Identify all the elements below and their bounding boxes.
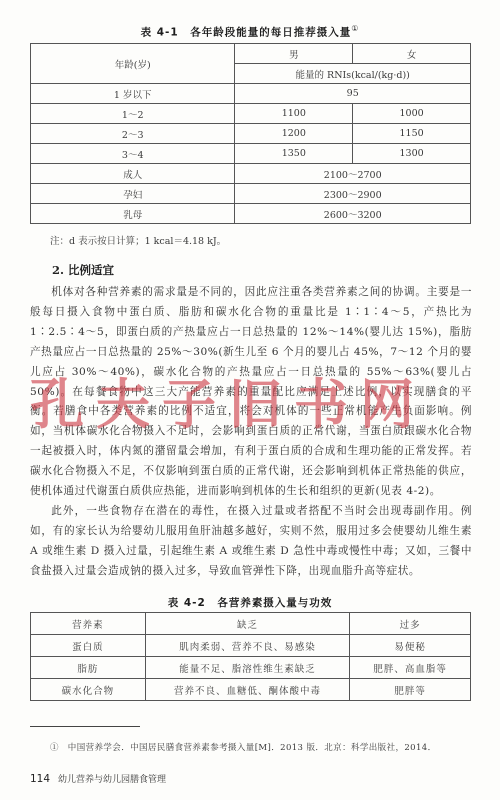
header-nutrient: 营养素 — [31, 613, 146, 635]
table-row: 1～211001000 — [31, 104, 471, 124]
cell-value: 2100～2700 — [235, 164, 471, 184]
footnote-marker[interactable]: ① — [351, 24, 359, 33]
section-heading: 2. 比例适宜 — [52, 262, 114, 278]
table-row: 1 岁以下95 — [31, 84, 471, 104]
cell-value: 2300～2900 — [235, 184, 471, 204]
energy-intake-table: 年龄(岁) 男 女 能量的 RNIs(kcal/(kg·d)) 1 岁以下95 … — [30, 43, 471, 224]
cell-nutrient: 蛋白质 — [31, 635, 146, 657]
cell-value: 95 — [235, 84, 471, 104]
table-row: 蛋白质肌肉柔弱、营养不良、易感染易便秘 — [31, 635, 471, 657]
table-row: 乳母2600～3200 — [31, 204, 471, 224]
cell-value: 2600～3200 — [235, 204, 471, 224]
header-unit: 能量的 RNIs(kcal/(kg·d)) — [235, 64, 471, 84]
cell-nutrient: 碳水化合物 — [31, 679, 146, 701]
watermark: 孔夫子旧书网 — [30, 362, 475, 439]
header-male: 男 — [235, 44, 353, 64]
header-female: 女 — [353, 44, 471, 64]
cell-excess: 易便秘 — [350, 635, 471, 657]
page-footer: 114幼儿营养与幼儿园膳食管理 — [30, 772, 166, 785]
cell-male: 1200 — [235, 124, 353, 144]
cell-excess: 肥胖、高血脂等 — [350, 657, 471, 679]
cell-deficiency: 营养不良、血糖低、酮体酸中毒 — [145, 679, 350, 701]
cell-age: 3～4 — [31, 144, 235, 164]
cell-age: 1 岁以下 — [31, 84, 235, 104]
header-deficiency: 缺乏 — [145, 613, 350, 635]
cell-age: 1～2 — [31, 104, 235, 124]
table-row: 2～312001150 — [31, 124, 471, 144]
table-row: 3～413501300 — [31, 144, 471, 164]
cell-deficiency: 肌肉柔弱、营养不良、易感染 — [145, 635, 350, 657]
paragraph-2: 此外，一些食物存在潜在的毒性，在摄入过量或者搭配不当时会出现毒副作用。例如，有的… — [30, 502, 472, 582]
running-title: 幼儿营养与幼儿园膳食管理 — [58, 775, 166, 785]
cell-age: 成人 — [31, 164, 235, 184]
table-row: 碳水化合物营养不良、血糖低、酮体酸中毒肥胖等 — [31, 679, 471, 701]
footnote-divider — [30, 726, 140, 727]
cell-deficiency: 能量不足、脂溶性维生素缺乏 — [145, 657, 350, 679]
cell-male: 1100 — [235, 104, 353, 124]
table-1-caption: 表 4-1 各年龄段能量的每日推荐摄入量① — [0, 24, 500, 40]
table-1-note: 注：d 表示按日计算；1 kcal＝4.18 kJ。 — [50, 233, 226, 247]
page-number: 114 — [30, 773, 50, 785]
table-row: 脂肪能量不足、脂溶性维生素缺乏肥胖、高血脂等 — [31, 657, 471, 679]
table-2-caption: 表 4-2 各营养素摄入量与功效 — [0, 595, 500, 610]
footnote: ① 中国营养学会．中国居民膳食营养素参考摄入量[M]．2013 版．北京：科学出… — [50, 741, 437, 753]
cell-female: 1000 — [353, 104, 471, 124]
header-excess: 过多 — [350, 613, 471, 635]
cell-excess: 肥胖等 — [350, 679, 471, 701]
table-row: 成人2100～2700 — [31, 164, 471, 184]
table-row: 孕妇2300～2900 — [31, 184, 471, 204]
header-age: 年龄(岁) — [31, 44, 235, 84]
nutrient-effects-table: 营养素 缺乏 过多 蛋白质肌肉柔弱、营养不良、易感染易便秘 脂肪能量不足、脂溶性… — [30, 612, 471, 701]
cell-male: 1350 — [235, 144, 353, 164]
cell-female: 1150 — [353, 124, 471, 144]
cell-age: 2～3 — [31, 124, 235, 144]
cell-age: 孕妇 — [31, 184, 235, 204]
cell-female: 1300 — [353, 144, 471, 164]
cell-nutrient: 脂肪 — [31, 657, 146, 679]
cell-age: 乳母 — [31, 204, 235, 224]
